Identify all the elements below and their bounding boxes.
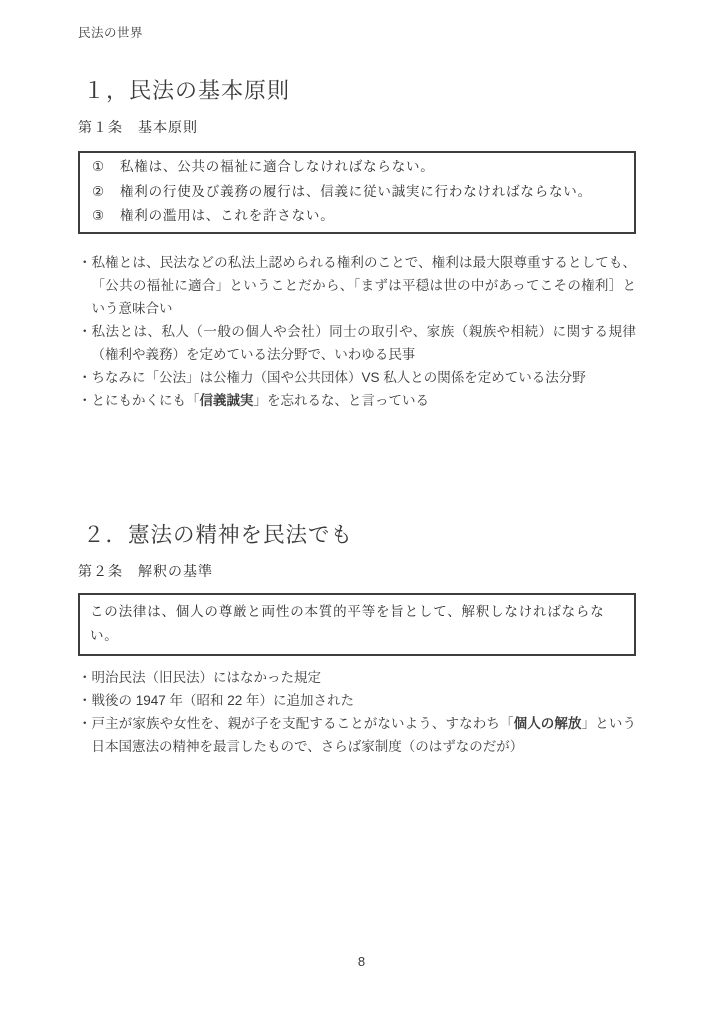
statute-text: この法律は、個人の尊厳と両性の本質的平等を旨として、解釈しなければならない。 [90, 600, 624, 648]
list-item: ・ 明治民法（旧民法）にはなかった規定 [78, 666, 636, 689]
bullet-text: 戦後の 1947 年（昭和 22 年）に追加された [92, 689, 637, 712]
bullet-text: ちなみに「公法」は公権力（国や公共団体）VS 私人との関係を定めている法分野 [92, 366, 637, 389]
statute-item: ① 私権は、公共の福祉に適合しなければならない。 [92, 155, 624, 180]
bullet-text: 明治民法（旧民法）にはなかった規定 [92, 666, 637, 689]
section2-statute-box: この法律は、個人の尊厳と両性の本質的平等を旨として、解釈しなければならない。 [78, 593, 636, 656]
bullet-marker: ・ [78, 689, 92, 712]
section1-statute-box: ① 私権は、公共の福祉に適合しなければならない。 ② 権利の行使及び義務の履行は… [78, 151, 636, 234]
section1-heading: １，民法の基本原則 [83, 78, 636, 104]
section2-notes: ・ 明治民法（旧民法）にはなかった規定 ・ 戦後の 1947 年（昭和 22 年… [78, 666, 636, 758]
bullet-marker: ・ [78, 320, 92, 366]
statute-item-text: 権利の濫用は、これを許さない。 [120, 204, 624, 229]
bullet-text: 私法とは、私人（一般の個人や会社）同士の取引や、家族（親族や相続）に関する規律（… [92, 320, 637, 366]
bullet-text: とにもかくにも「信義誠実」を忘れるな、と言っている [92, 389, 637, 412]
statute-item-text: 私権は、公共の福祉に適合しなければならない。 [120, 155, 624, 180]
page-number: 8 [0, 954, 723, 969]
list-item: ・ ちなみに「公法」は公権力（国や公共団体）VS 私人との関係を定めている法分野 [78, 366, 636, 389]
page-content: 民法の世界 １，民法の基本原則 第１条 基本原則 ① 私権は、公共の福祉に適合し… [78, 0, 636, 758]
statute-item-marker: ② [92, 180, 120, 205]
running-header: 民法の世界 [78, 26, 636, 41]
section1-article-label: 第１条 基本原則 [78, 121, 636, 137]
bullet-text-segment: とにもかくにも「 [92, 393, 200, 408]
bullet-marker: ・ [78, 712, 92, 758]
list-item: ・ 戦後の 1947 年（昭和 22 年）に追加された [78, 689, 636, 712]
list-item: ・ 私法とは、私人（一般の個人や会社）同士の取引や、家族（親族や相続）に関する規… [78, 320, 636, 366]
bullet-marker: ・ [78, 251, 92, 320]
list-item: ・ 戸主が家族や女性を、親が子を支配することがないよう、すなわち「個人の解放」と… [78, 712, 636, 758]
bullet-text-segment: 」を忘れるな、と言っている [254, 393, 430, 408]
list-item: ・ とにもかくにも「信義誠実」を忘れるな、と言っている [78, 389, 636, 412]
section2-article-label: 第２条 解釈の基準 [78, 565, 636, 581]
statute-item-text: 権利の行使及び義務の履行は、信義に従い誠実に行わなければならない。 [120, 180, 624, 205]
section1-notes: ・ 私権とは、民法などの私法上認められる権利のことで、権利は最大限尊重するとして… [78, 251, 636, 412]
bullet-text: 私権とは、民法などの私法上認められる権利のことで、権利は最大限尊重するとしても、… [92, 251, 637, 320]
document-page: 民法の世界 １，民法の基本原則 第１条 基本原則 ① 私権は、公共の福祉に適合し… [0, 0, 723, 1024]
section2-heading: ２．憲法の精神を民法でも [83, 522, 636, 548]
statute-item-marker: ① [92, 155, 120, 180]
bullet-text-segment: 戸主が家族や女性を、親が子を支配することがないよう、すなわち「 [92, 716, 514, 731]
statute-item: ③ 権利の濫用は、これを許さない。 [92, 204, 624, 229]
list-item: ・ 私権とは、民法などの私法上認められる権利のことで、権利は最大限尊重するとして… [78, 251, 636, 320]
statute-item: ② 権利の行使及び義務の履行は、信義に従い誠実に行わなければならない。 [92, 180, 624, 205]
bullet-marker: ・ [78, 366, 92, 389]
bullet-marker: ・ [78, 666, 92, 689]
statute-item-marker: ③ [92, 204, 120, 229]
bullet-marker: ・ [78, 389, 92, 412]
bullet-text-emphasis: 信義誠実 [200, 393, 254, 408]
bullet-text: 戸主が家族や女性を、親が子を支配することがないよう、すなわち「個人の解放」という… [92, 712, 637, 758]
bullet-text-emphasis: 個人の解放 [514, 716, 582, 731]
